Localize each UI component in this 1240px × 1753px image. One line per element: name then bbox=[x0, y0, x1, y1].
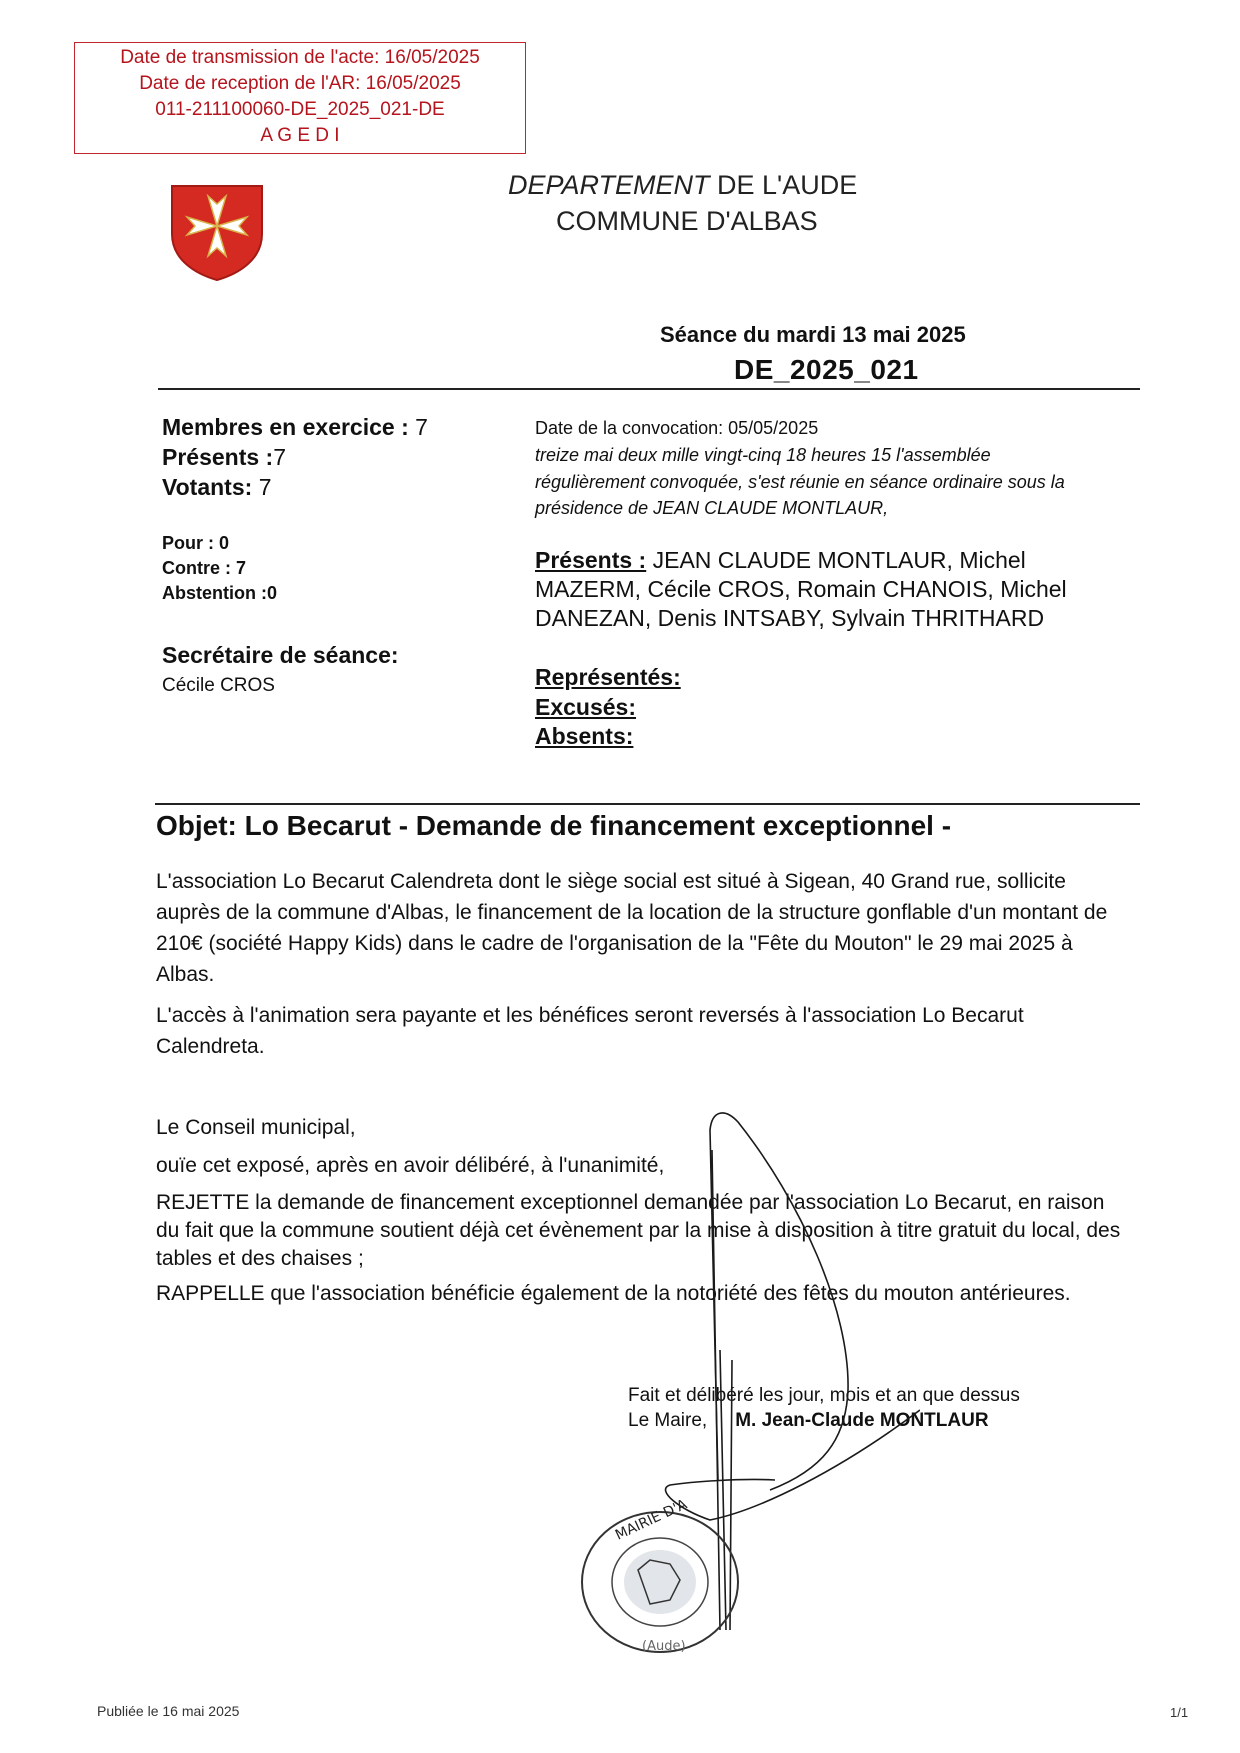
header-divider bbox=[158, 388, 1140, 390]
presents-list: Présents : JEAN CLAUDE MONTLAUR, Michel … bbox=[535, 546, 1095, 633]
department-name: DE L'AUDE bbox=[710, 170, 858, 200]
decision-rappelle: RAPPELLE que l'association bénéficie éga… bbox=[156, 1280, 1126, 1308]
stamp-transmission-date: Date de transmission de l'acte: 16/05/20… bbox=[75, 47, 525, 69]
body-paragraph-1: L'association Lo Becarut Calendreta dont… bbox=[156, 866, 1126, 990]
fait-delibere: Fait et délibéré les jour, mois et an qu… bbox=[628, 1385, 1020, 1407]
presents-count-value: 7 bbox=[273, 444, 286, 470]
convocation-line: treize mai deux mille vingt-cinq 18 heur… bbox=[535, 445, 991, 466]
stamp-act-id: 011-211100060-DE_2025_021-DE bbox=[75, 99, 525, 121]
convocation-line: présidence de JEAN CLAUDE MONTLAUR, bbox=[535, 498, 888, 519]
oui-expose: ouïe cet exposé, après en avoir délibéré… bbox=[156, 1152, 1126, 1180]
seal-bottom-text: (Aude) bbox=[642, 1639, 686, 1654]
absents-label: Absents: bbox=[535, 723, 633, 750]
vote-abstention: Abstention :0 bbox=[162, 583, 277, 604]
convocation-line: régulièrement convoquée, s'est réunie en… bbox=[535, 472, 1065, 493]
maire-label: Le Maire, bbox=[628, 1410, 707, 1431]
commune-title: COMMUNE D'ALBAS bbox=[556, 206, 818, 237]
votants-value: 7 bbox=[259, 474, 272, 500]
vote-contre: Contre : 7 bbox=[162, 558, 246, 579]
page-number: 1/1 bbox=[1170, 1705, 1188, 1720]
presents-count-label: Présents : bbox=[162, 444, 273, 470]
secretaire-name: Cécile CROS bbox=[162, 675, 275, 697]
excuses-label: Excusés: bbox=[535, 694, 636, 721]
votants-count: Votants: 7 bbox=[162, 474, 271, 501]
stamp-reception-date: Date de reception de l'AR: 16/05/2025 bbox=[75, 73, 525, 95]
membres-value: 7 bbox=[415, 414, 428, 440]
seal-text: MAIRIE D'A bbox=[613, 1500, 690, 1544]
presents-label: Présents : bbox=[535, 547, 646, 573]
deliberation-reference: DE_2025_021 bbox=[734, 354, 919, 386]
publication-date: Publiée le 16 mai 2025 bbox=[97, 1703, 239, 1719]
maltese-cross-shield-icon bbox=[168, 182, 266, 282]
presents-count: Présents :7 bbox=[162, 444, 286, 471]
objet-divider bbox=[155, 803, 1140, 805]
body-paragraph-2: L'accès à l'animation sera payante et le… bbox=[156, 1000, 1126, 1062]
votants-label: Votants: bbox=[162, 474, 259, 500]
department-label: DEPARTEMENT bbox=[508, 170, 710, 200]
mairie-seal-icon: MAIRIE D'A (Aude) bbox=[560, 1500, 760, 1660]
vote-pour: Pour : 0 bbox=[162, 533, 229, 554]
session-title: Séance du mardi 13 mai 2025 bbox=[660, 322, 966, 348]
department-title: DEPARTEMENT DE L'AUDE bbox=[508, 170, 857, 201]
objet-title: Objet: Lo Becarut - Demande de financeme… bbox=[156, 810, 951, 842]
membres-en-exercice: Membres en exercice : 7 bbox=[162, 414, 428, 441]
decision-rejette: REJETTE la demande de financement except… bbox=[156, 1189, 1126, 1273]
conseil-intro: Le Conseil municipal, bbox=[156, 1114, 1126, 1142]
transmission-stamp: Date de transmission de l'acte: 16/05/20… bbox=[74, 42, 526, 154]
convocation-date: Date de la convocation: 05/05/2025 bbox=[535, 418, 818, 439]
maire-name: M. Jean-Claude MONTLAUR bbox=[735, 1410, 988, 1431]
stamp-agency: A G E D I bbox=[75, 125, 525, 147]
membres-label: Membres en exercice : bbox=[162, 414, 415, 440]
representes-label: Représentés: bbox=[535, 664, 681, 691]
secretaire-label: Secrétaire de séance: bbox=[162, 642, 399, 669]
maire-signature-line: Le Maire,M. Jean-Claude MONTLAUR bbox=[628, 1410, 989, 1432]
